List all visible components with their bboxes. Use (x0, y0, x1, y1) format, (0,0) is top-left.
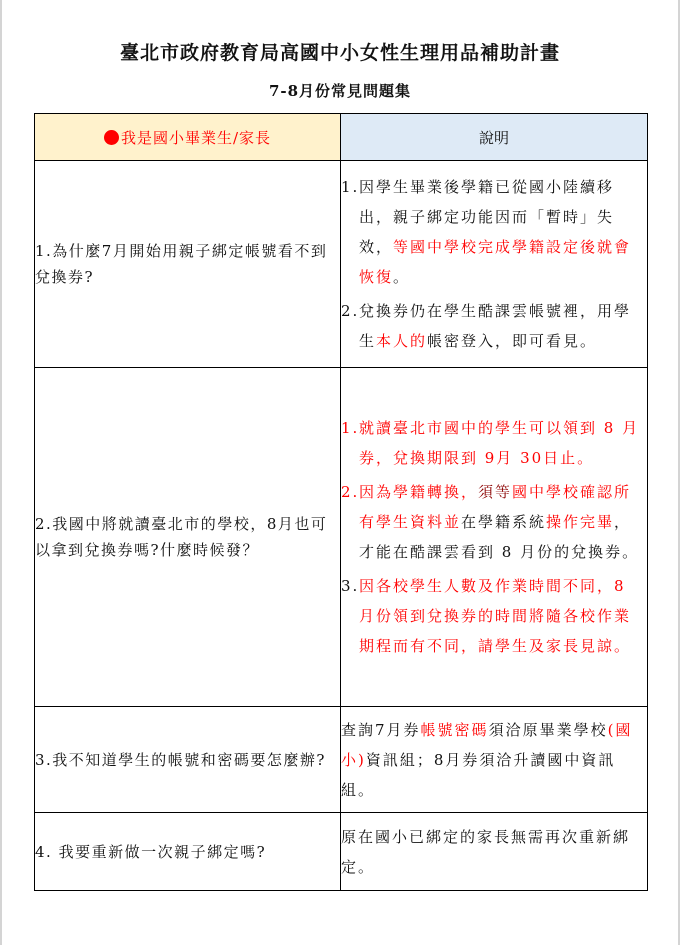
item-number: 2. (341, 296, 359, 356)
answer-cell: 1. 就讀臺北市國中的學生可以領到 8 月券，兌換期限到 9月 30日止。 2.… (341, 368, 648, 707)
answer-text: 原在國小已綁定的家長無需再次重新綁定。 (341, 822, 647, 882)
item-number: 1. (341, 172, 359, 292)
answer-item: 2. 兌換券仍在學生酷課雲帳號裡，用學生本人的帳密登入，即可看見。 (341, 296, 647, 356)
faq-table: 我是國小畢業生/家長 說明 1.為什麼7月開始用親子綁定帳號看不到兌換券? 1.… (34, 113, 648, 891)
table-header-row: 我是國小畢業生/家長 說明 (35, 114, 648, 161)
answer-item: 3. 因各校學生人數及作業時間不同，8 月份領到兌換券的時間將隨各校作業期程而有… (341, 571, 647, 661)
page-left-edge (0, 0, 2, 945)
table-row: 3.我不知道學生的帳號和密碼要怎麼辦? 查詢7月券帳號密碼須洽原畢業學校(國小)… (35, 707, 648, 813)
document-title: 臺北市政府教育局高國中小女性生理用品補助計畫 (0, 38, 680, 65)
table-row: 4. 我要重新做一次親子綁定嗎? 原在國小已綁定的家長無需再次重新綁定。 (35, 813, 648, 891)
header-answer-cell: 說明 (341, 114, 648, 161)
answer-text: 查詢7月券帳號密碼須洽原畢業學校(國小)資訊組；8月券須洽升讀國中資訊組。 (341, 715, 647, 805)
question-cell: 3.我不知道學生的帳號和密碼要怎麼辦? (35, 707, 341, 813)
question-cell: 2.我國中將就讀臺北市的學校，8月也可以拿到兌換券嗎?什麼時候發？ (35, 368, 341, 707)
item-text: 因各校學生人數及作業時間不同，8 月份領到兌換券的時間將隨各校作業期程而有不同，… (359, 571, 647, 661)
question-cell: 1.為什麼7月開始用親子綁定帳號看不到兌換券? (35, 161, 341, 368)
header-question-label: 我是國小畢業生/家長 (121, 129, 271, 147)
item-text: 就讀臺北市國中的學生可以領到 8 月券，兌換期限到 9月 30日止。 (359, 413, 647, 473)
table-row: 1.為什麼7月開始用親子綁定帳號看不到兌換券? 1. 因學生畢業後學籍已從國小陸… (35, 161, 648, 368)
item-text: 因學生畢業後學籍已從國小陸續移出，親子綁定功能因而「暫時」失效，等國中學校完成學… (359, 172, 647, 292)
answer-cell: 1. 因學生畢業後學籍已從國小陸續移出，親子綁定功能因而「暫時」失效，等國中學校… (341, 161, 648, 368)
answer-cell: 查詢7月券帳號密碼須洽原畢業學校(國小)資訊組；8月券須洽升讀國中資訊組。 (341, 707, 648, 813)
header-answer-label: 說明 (479, 129, 509, 147)
answer-cell: 原在國小已綁定的家長無需再次重新綁定。 (341, 813, 648, 891)
item-number: 1. (341, 413, 359, 473)
item-text: 因為學籍轉換，須等國中學校確認所有學生資料並在學籍系統操作完畢，才能在酷課雲看到… (359, 477, 647, 567)
header-question-cell: 我是國小畢業生/家長 (35, 114, 341, 161)
item-number: 2. (341, 477, 359, 567)
red-bullet-icon (104, 130, 119, 145)
table-row: 2.我國中將就讀臺北市的學校，8月也可以拿到兌換券嗎?什麼時候發？ 1. 就讀臺… (35, 368, 648, 707)
answer-item: 2. 因為學籍轉換，須等國中學校確認所有學生資料並在學籍系統操作完畢，才能在酷課… (341, 477, 647, 567)
item-number: 3. (341, 571, 359, 661)
question-cell: 4. 我要重新做一次親子綁定嗎? (35, 813, 341, 891)
document-subtitle: 7-8月份常見問題集 (0, 80, 680, 101)
answer-item: 1. 因學生畢業後學籍已從國小陸續移出，親子綁定功能因而「暫時」失效，等國中學校… (341, 172, 647, 292)
answer-item: 1. 就讀臺北市國中的學生可以領到 8 月券，兌換期限到 9月 30日止。 (341, 413, 647, 473)
item-text: 兌換券仍在學生酷課雲帳號裡，用學生本人的帳密登入，即可看見。 (359, 296, 647, 356)
